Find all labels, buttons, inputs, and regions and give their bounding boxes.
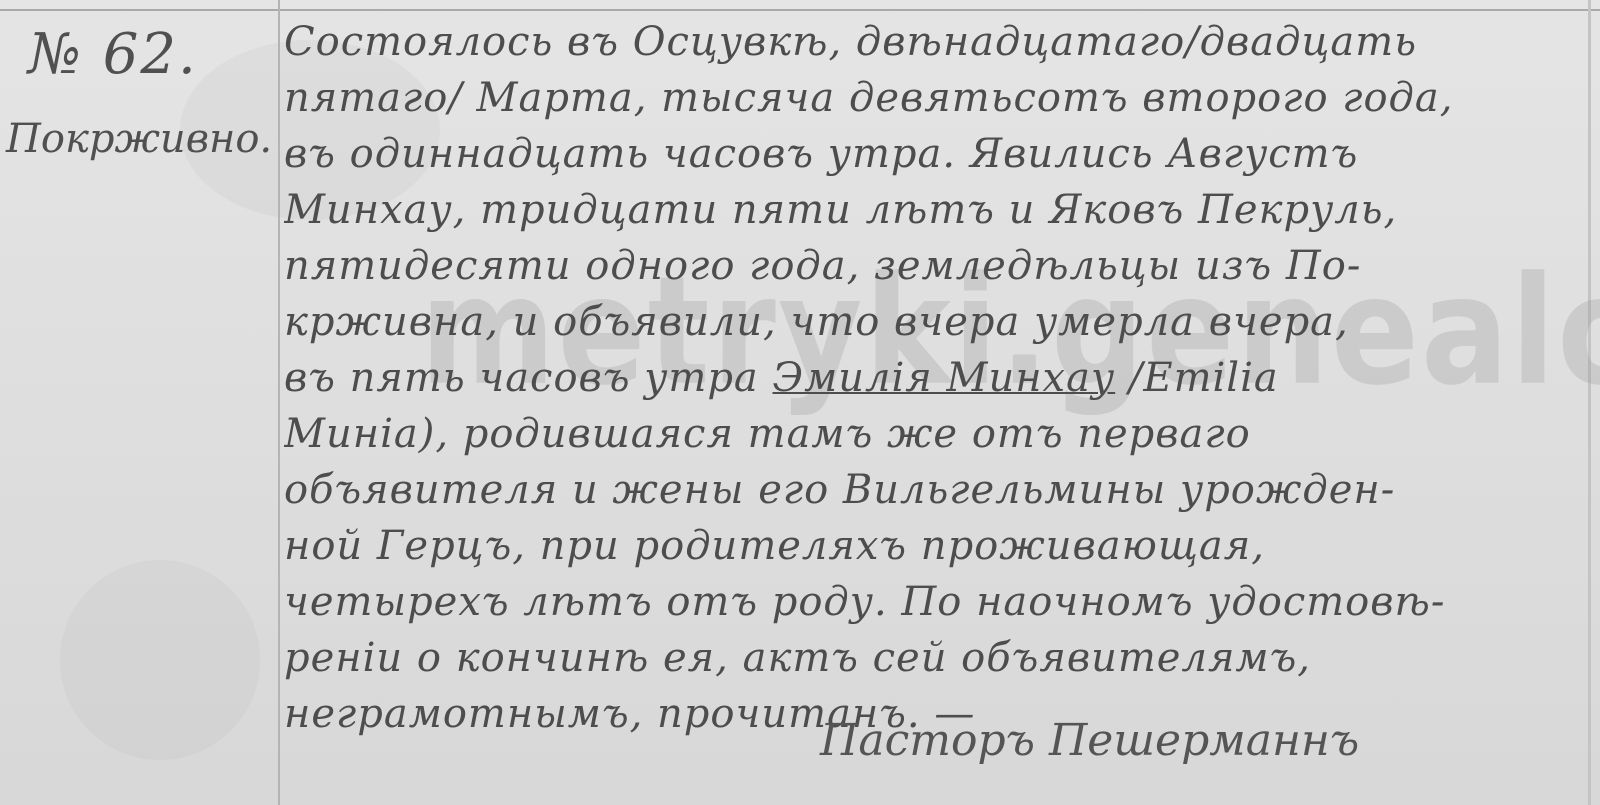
record-line: въ одиннадцать часовъ утра. Явились Авгу… — [284, 126, 1584, 182]
record-line: въ пять часовъ утра Эмилія Минхау /Emili… — [284, 350, 1584, 406]
document-page: № 62. Покрживно. metryki.genealodzy.pl С… — [0, 0, 1600, 805]
paper-stain — [60, 560, 260, 760]
margin-ruling-line — [278, 0, 280, 805]
record-line: пятаго/ Марта, тысяча девятьсотъ второго… — [284, 70, 1584, 126]
pastor-signature: Пасторъ Пешерманнъ — [820, 715, 1359, 766]
deceased-latin-name: /Emilia — [1129, 355, 1279, 401]
record-body: Состоялось въ Осцувкѣ, двѣнадцатаго/двад… — [284, 14, 1584, 742]
record-line: крживна, и объявили, что вчера умерла вч… — [284, 294, 1584, 350]
record-line: Миніа), родившаяся тамъ же отъ перваго — [284, 406, 1584, 462]
record-line: пятидесяти одного года, земледѣльцы изъ … — [284, 238, 1584, 294]
deceased-name: Эмилія Минхау — [773, 355, 1116, 401]
top-ruling-line — [0, 9, 1600, 11]
entry-number: № 62. — [28, 22, 198, 87]
record-line: ной Герцъ, при родителяхъ проживающая, — [284, 518, 1584, 574]
page-edge — [1588, 0, 1591, 805]
record-line: четырехъ лѣтъ отъ роду. По наочномъ удос… — [284, 574, 1584, 630]
village-name: Покрживно. — [6, 116, 272, 162]
record-line-text: въ пять часовъ утра — [284, 355, 759, 401]
record-line: Состоялось въ Осцувкѣ, двѣнадцатаго/двад… — [284, 14, 1584, 70]
record-line: реніи о кончинѣ ея, актъ сей объявителям… — [284, 630, 1584, 686]
record-line: объявителя и жены его Вильгельмины урожд… — [284, 462, 1584, 518]
record-line: Минхау, тридцати пяти лѣтъ и Яковъ Пекру… — [284, 182, 1584, 238]
